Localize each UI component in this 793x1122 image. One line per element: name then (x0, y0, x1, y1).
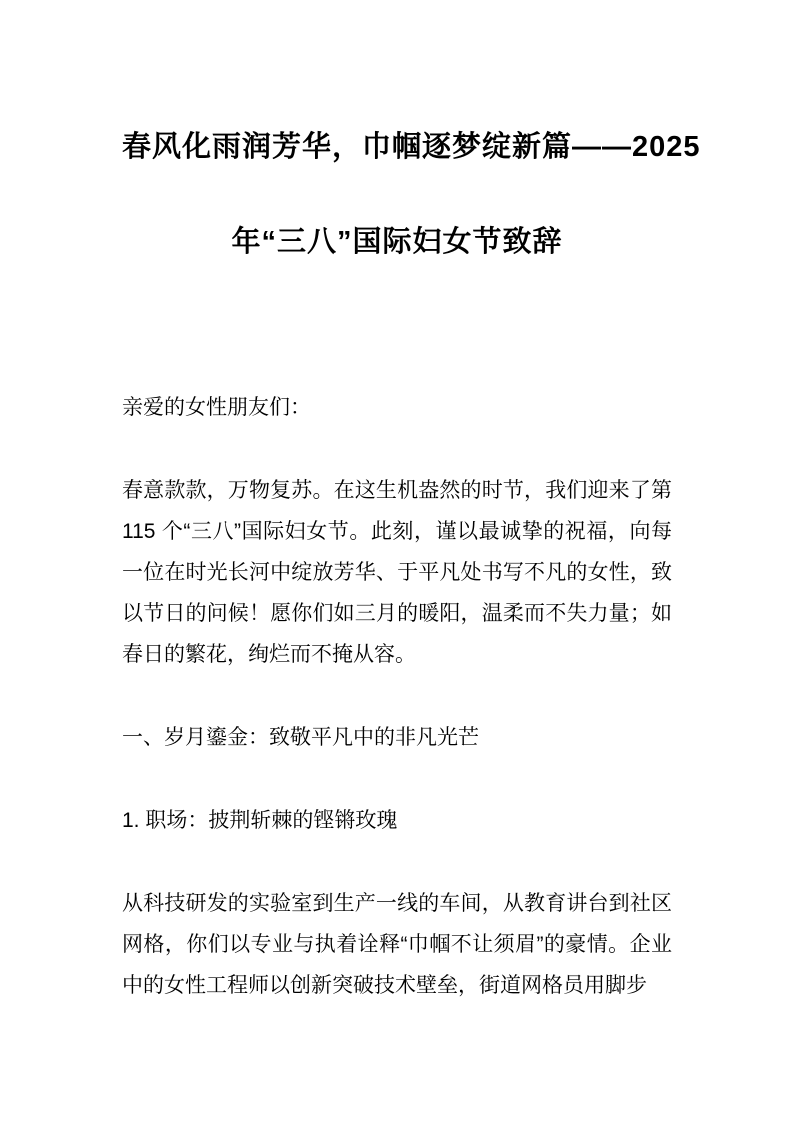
section-heading: 一、岁月鎏金：致敬平凡中的非凡光芒 (122, 717, 672, 758)
document-page: 春风化雨润芳华，巾帼逐梦绽新篇——2025 年“三八”国际妇女节致辞 亲爱的女性… (0, 0, 793, 1122)
subsection-heading: 1. 职场：披荆斩棘的铿锵玫瑰 (122, 800, 672, 841)
title-line-1: 春风化雨润芳华，巾帼逐梦绽新篇——2025 (122, 100, 672, 195)
document-content: 春风化雨润芳华，巾帼逐梦绽新篇——2025 年“三八”国际妇女节致辞 亲爱的女性… (122, 0, 672, 1006)
title-line-2: 年“三八”国际妇女节致辞 (122, 195, 672, 290)
greeting-line: 亲爱的女性朋友们： (122, 387, 672, 428)
document-title: 春风化雨润芳华，巾帼逐梦绽新篇——2025 年“三八”国际妇女节致辞 (122, 100, 672, 290)
paragraph-intro: 春意款款，万物复苏。在这生机盎然的时节，我们迎来了第 115 个“三八”国际妇女… (122, 470, 672, 675)
paragraph-workplace: 从科技研发的实验室到生产一线的车间，从教育讲台到社区网格，你们以专业与执着诠释“… (122, 883, 672, 1006)
